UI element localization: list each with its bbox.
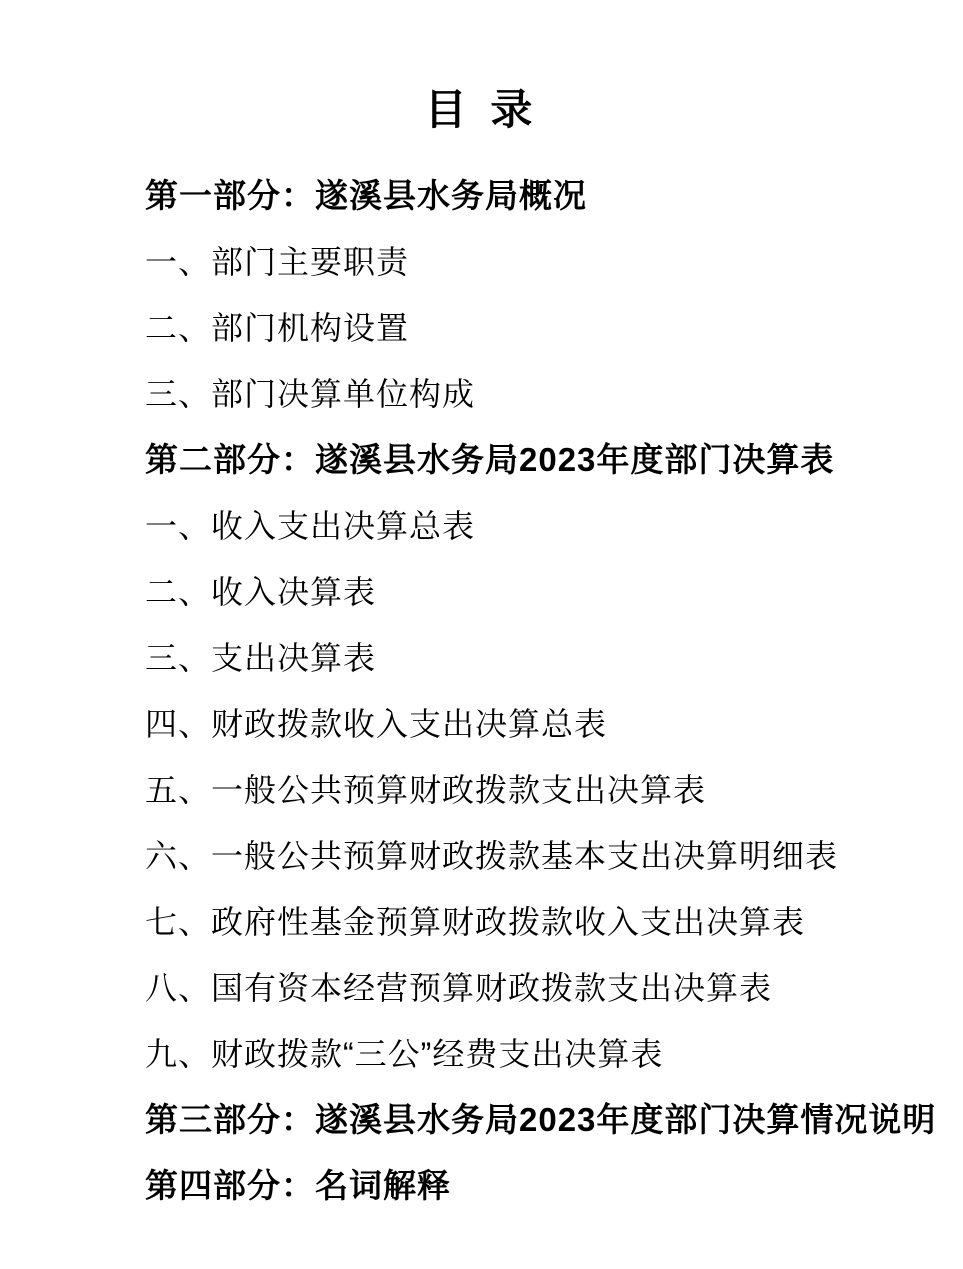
toc-item-part2-4: 四、财政拨款收入支出决算总表 bbox=[0, 706, 963, 742]
toc-item-part2-2: 二、收入决算表 bbox=[0, 574, 963, 610]
toc-heading-part1: 第一部分：遂溪县水务局概况 bbox=[0, 178, 963, 214]
toc-heading-part2: 第二部分：遂溪县水务局2023年度部门决算表 bbox=[0, 442, 963, 478]
document-page: 目 录 第一部分：遂溪县水务局概况 一、部门主要职责 二、部门机构设置 三、部门… bbox=[0, 0, 963, 1269]
toc-item-part2-1: 一、收入支出决算总表 bbox=[0, 508, 963, 544]
toc-item-part1-1: 一、部门主要职责 bbox=[0, 244, 963, 280]
toc-item-part2-7: 七、政府性基金预算财政拨款收入支出决算表 bbox=[0, 904, 963, 940]
toc-item-part1-2: 二、部门机构设置 bbox=[0, 310, 963, 346]
toc-item-part2-3: 三、支出决算表 bbox=[0, 640, 963, 676]
toc-item-part2-6: 六、一般公共预算财政拨款基本支出决算明细表 bbox=[0, 838, 963, 874]
toc-item-part2-5: 五、一般公共预算财政拨款支出决算表 bbox=[0, 772, 963, 808]
page-title: 目 录 bbox=[0, 86, 963, 134]
toc-item-part2-9: 九、财政拨款“三公”经费支出决算表 bbox=[0, 1036, 963, 1072]
toc-heading-part4: 第四部分：名词解释 bbox=[0, 1168, 963, 1204]
toc-heading-part3: 第三部分：遂溪县水务局2023年度部门决算情况说明 bbox=[0, 1102, 963, 1138]
toc-item-part2-8: 八、国有资本经营预算财政拨款支出决算表 bbox=[0, 970, 963, 1006]
toc-item-part1-3: 三、部门决算单位构成 bbox=[0, 376, 963, 412]
